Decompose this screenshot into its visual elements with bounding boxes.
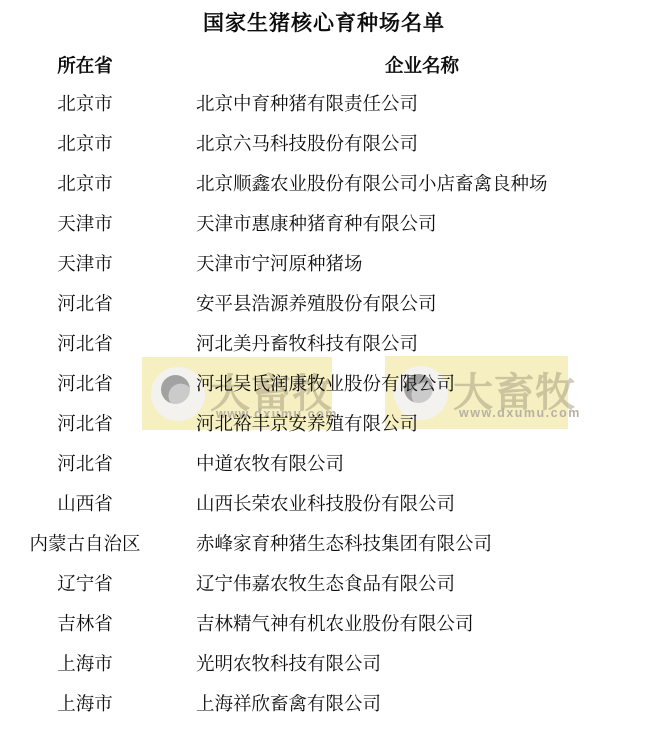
province-cell: 河北省 [0,324,170,364]
company-cell: 北京顺鑫农业股份有限公司小店畜禽良种场 [170,164,648,204]
company-cell: 光明农牧科技有限公司 [170,644,648,684]
breeding-farm-table: 所在省 企业名称 北京市 北京中育种猪有限责任公司 北京市 北京六马科技股份有限… [0,48,648,724]
column-header-company: 企业名称 [170,48,648,84]
table-row: 天津市 天津市宁河原种猪场 [0,244,648,284]
province-cell: 河北省 [0,444,170,484]
table-row: 河北省 河北美丹畜牧科技有限公司 [0,324,648,364]
table-row: 辽宁省 辽宁伟嘉农牧生态食品有限公司 [0,564,648,604]
company-cell: 天津市惠康种猪育种有限公司 [170,204,648,244]
province-cell: 天津市 [0,204,170,244]
table-header-row: 所在省 企业名称 [0,48,648,84]
company-cell: 上海祥欣畜禽有限公司 [170,684,648,724]
province-cell: 北京市 [0,84,170,124]
table-row: 上海市 光明农牧科技有限公司 [0,644,648,684]
table-row: 河北省 河北裕丰京安养殖有限公司 [0,404,648,444]
table-row: 北京市 北京中育种猪有限责任公司 [0,84,648,124]
company-cell: 河北美丹畜牧科技有限公司 [170,324,648,364]
table-row: 北京市 北京六马科技股份有限公司 [0,124,648,164]
company-cell: 中道农牧有限公司 [170,444,648,484]
company-cell: 山西长荣农业科技股份有限公司 [170,484,648,524]
company-cell: 辽宁伟嘉农牧生态食品有限公司 [170,564,648,604]
document-page: 大畜牧 www.dxumu.com 大畜牧 www.dxumu.com 国家生猪… [0,0,648,729]
province-cell: 上海市 [0,684,170,724]
province-cell: 辽宁省 [0,564,170,604]
province-cell: 上海市 [0,644,170,684]
table-row: 天津市 天津市惠康种猪育种有限公司 [0,204,648,244]
company-cell: 河北裕丰京安养殖有限公司 [170,404,648,444]
province-cell: 山西省 [0,484,170,524]
province-cell: 河北省 [0,284,170,324]
table-row: 北京市 北京顺鑫农业股份有限公司小店畜禽良种场 [0,164,648,204]
table-row: 内蒙古自治区 赤峰家育种猪生态科技集团有限公司 [0,524,648,564]
company-cell: 河北吴氏润康牧业股份有限公司 [170,364,648,404]
table-row: 吉林省 吉林精气神有机农业股份有限公司 [0,604,648,644]
table-row: 河北省 中道农牧有限公司 [0,444,648,484]
table-row: 河北省 河北吴氏润康牧业股份有限公司 [0,364,648,404]
company-cell: 安平县浩源养殖股份有限公司 [170,284,648,324]
province-cell: 河北省 [0,404,170,444]
page-title: 国家生猪核心育种场名单 [0,0,648,48]
province-cell: 天津市 [0,244,170,284]
province-cell: 河北省 [0,364,170,404]
table-row: 河北省 安平县浩源养殖股份有限公司 [0,284,648,324]
company-cell: 北京六马科技股份有限公司 [170,124,648,164]
province-cell: 北京市 [0,164,170,204]
province-cell: 北京市 [0,124,170,164]
table-row: 山西省 山西长荣农业科技股份有限公司 [0,484,648,524]
company-cell: 赤峰家育种猪生态科技集团有限公司 [170,524,648,564]
table-row: 上海市 上海祥欣畜禽有限公司 [0,684,648,724]
column-header-province: 所在省 [0,48,170,84]
province-cell: 吉林省 [0,604,170,644]
company-cell: 天津市宁河原种猪场 [170,244,648,284]
company-cell: 北京中育种猪有限责任公司 [170,84,648,124]
company-cell: 吉林精气神有机农业股份有限公司 [170,604,648,644]
province-cell: 内蒙古自治区 [0,524,170,564]
